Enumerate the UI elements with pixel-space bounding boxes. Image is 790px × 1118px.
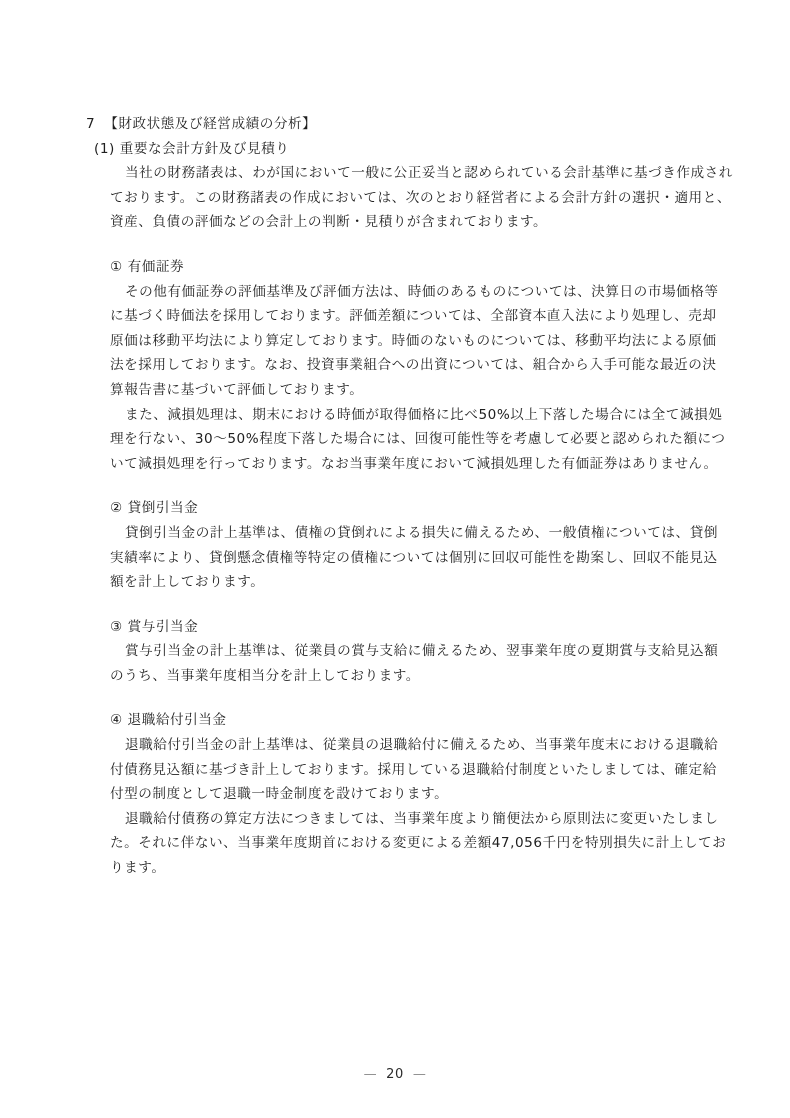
text-line: その他有価証券の評価基準及び評価方法は、時価のあるものについては、決算日の市場価… bbox=[110, 280, 790, 305]
item-paragraph: また、減損処理は、期末における時価が取得価格に比べ50%以上下落した場合には全て… bbox=[110, 403, 790, 477]
text-line: ります。 bbox=[110, 856, 790, 881]
item-heading: ② 貸倒引当金 bbox=[110, 496, 790, 521]
text-line: に基づく時価法を採用しております。評価差額については、全部資本直入法により処理し… bbox=[110, 304, 790, 329]
page-number: 20 bbox=[386, 1066, 404, 1084]
item-paragraph: 貸倒引当金の計上基準は、債権の貸倒れによる損失に備えるため、一般債権については、… bbox=[110, 521, 790, 595]
text-line: 付債務見込額に基づき計上しております。採用している退職給付制度といたしましては、… bbox=[110, 758, 790, 783]
footer-dash-left: — bbox=[364, 1066, 378, 1084]
document-page: 7 【財政状態及び経営成績の分析】 (1) 重要な会計方針及び見積り 当社の財務… bbox=[0, 0, 790, 1118]
text-line: 貸倒引当金の計上基準は、債権の貸倒れによる損失に備えるため、一般債権については、… bbox=[110, 521, 790, 546]
page-footer: — 20 — bbox=[0, 1066, 790, 1084]
item-heading: ③ 賞与引当金 bbox=[110, 615, 790, 640]
text-line: 当社の財務諸表は、わが国において一般に公正妥当と認められている会計基準に基づき作… bbox=[110, 161, 790, 186]
section-title: 【財政状態及び経営成績の分析】 bbox=[104, 112, 316, 137]
text-line: 付型の制度として退職一時金制度を設けております。 bbox=[110, 782, 790, 807]
text-line: 資産、負債の評価などの会計上の判断・見積りが含まれております。 bbox=[110, 210, 790, 235]
text-line: いて減損処理を行っております。なお当事業年度において減損処理した有価証券はありま… bbox=[110, 452, 790, 477]
text-line: 賞与引当金の計上基準は、従業員の賞与支給に備えるため、翌事業年度の夏期賞与支給見… bbox=[110, 639, 790, 664]
text-line: 理を行ない、30～50%程度下落した場合には、回復可能性等を考慮して必要と認めら… bbox=[110, 427, 790, 452]
text-line: また、減損処理は、期末における時価が取得価格に比べ50%以上下落した場合には全て… bbox=[110, 403, 790, 428]
item-heading: ① 有価証券 bbox=[110, 255, 790, 280]
text-line: 退職給付債務の算定方法につきましては、当事業年度より簡便法から原則法に変更いたし… bbox=[110, 807, 790, 832]
text-line: ております。この財務諸表の作成においては、次のとおり経営者による会計方針の選択・… bbox=[110, 186, 790, 211]
footer-dash-right: — bbox=[413, 1066, 427, 1084]
intro-paragraph: 当社の財務諸表は、わが国において一般に公正妥当と認められている会計基準に基づき作… bbox=[110, 161, 790, 235]
document-content: 7 【財政状態及び経営成績の分析】 (1) 重要な会計方針及び見積り 当社の財務… bbox=[0, 0, 790, 881]
accounting-item-allowance-doubtful-accounts: ② 貸倒引当金 貸倒引当金の計上基準は、債権の貸倒れによる損失に備えるため、一般… bbox=[110, 496, 790, 594]
text-line: た。それに伴ない、当事業年度期首における変更による差額47,056千円を特別損失… bbox=[110, 831, 790, 856]
item-paragraph: 退職給付引当金の計上基準は、従業員の退職給付に備えるため、当事業年度末における退… bbox=[110, 733, 790, 807]
item-paragraph: その他有価証券の評価基準及び評価方法は、時価のあるものについては、決算日の市場価… bbox=[110, 280, 790, 403]
text-line: 原価は移動平均法により算定しております。時価のないものについては、移動平均法によ… bbox=[110, 329, 790, 354]
accounting-item-retirement-benefits: ④ 退職給付引当金 退職給付引当金の計上基準は、従業員の退職給付に備えるため、当… bbox=[110, 708, 790, 880]
accounting-item-securities: ① 有価証券 その他有価証券の評価基準及び評価方法は、時価のあるものについては、… bbox=[110, 255, 790, 476]
text-line: 法を採用しております。なお、投資事業組合への出資については、組合から入手可能な最… bbox=[110, 353, 790, 378]
section-number: 7 bbox=[86, 112, 95, 137]
text-line: 実績率により、貸倒懸念債権等特定の債権については個別に回収可能性を勘案し、回収不… bbox=[110, 546, 790, 571]
item-paragraph: 賞与引当金の計上基準は、従業員の賞与支給に備えるため、翌事業年度の夏期賞与支給見… bbox=[110, 639, 790, 688]
text-line: 算報告書に基づいて評価しております。 bbox=[110, 378, 790, 403]
text-line: 退職給付引当金の計上基準は、従業員の退職給付に備えるため、当事業年度末における退… bbox=[110, 733, 790, 758]
text-line: 額を計上しております。 bbox=[110, 570, 790, 595]
accounting-item-bonus-reserve: ③ 賞与引当金 賞与引当金の計上基準は、従業員の賞与支給に備えるため、翌事業年度… bbox=[110, 615, 790, 689]
item-paragraph: 退職給付債務の算定方法につきましては、当事業年度より簡便法から原則法に変更いたし… bbox=[110, 807, 790, 881]
text-line: のうち、当事業年度相当分を計上しております。 bbox=[110, 664, 790, 689]
section-heading: 7 【財政状態及び経営成績の分析】 bbox=[86, 112, 790, 137]
subsection-heading: (1) 重要な会計方針及び見積り bbox=[94, 137, 790, 162]
item-heading: ④ 退職給付引当金 bbox=[110, 708, 790, 733]
